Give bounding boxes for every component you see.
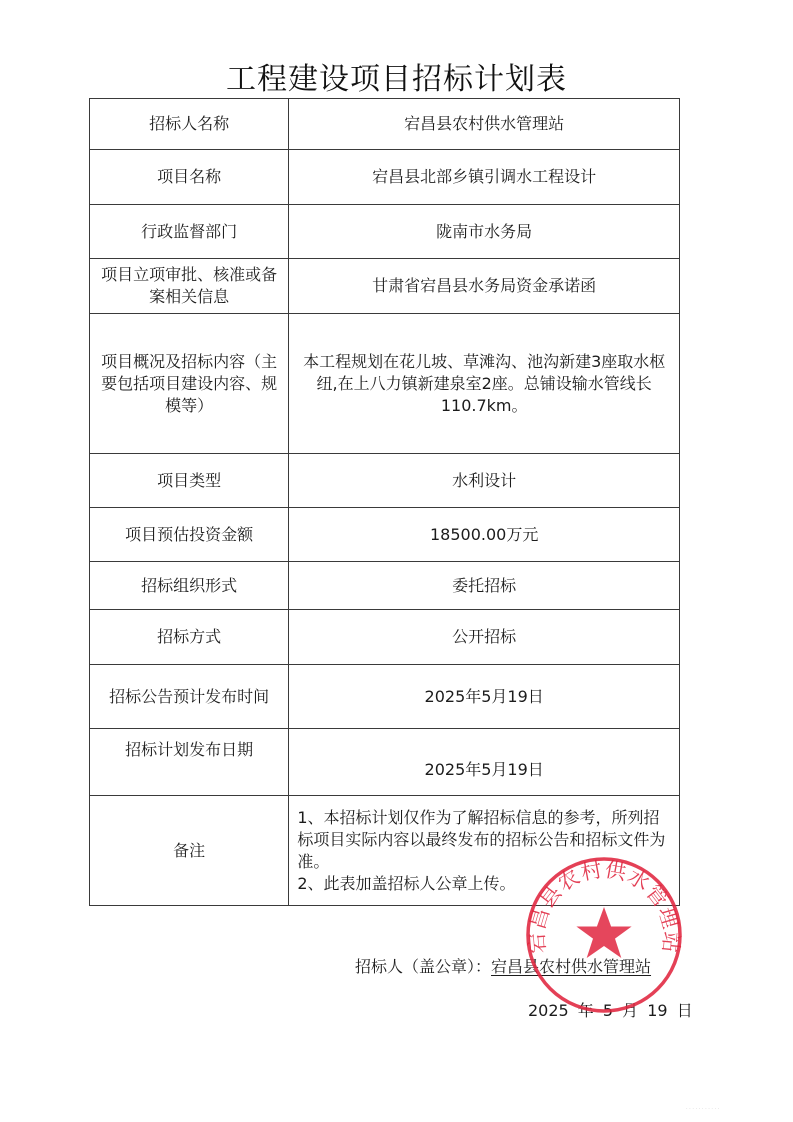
row-label: 项目类型 [90, 454, 289, 508]
table-row: 项目预估投资金额 18500.00万元 [90, 508, 680, 562]
table-row: 招标方式 公开招标 [90, 610, 680, 665]
row-value: 本工程规划在花儿坡、草滩沟、池沟新建3座取水枢纽,在上八力镇新建泉室2座。总铺设… [289, 314, 680, 454]
table-row: 招标计划发布日期 2025年5月19日 [90, 729, 680, 796]
row-value: 2025年5月19日 [289, 729, 680, 796]
row-label: 项目立项审批、核准或备案相关信息 [90, 259, 289, 314]
signature-organization: 宕昌县农村供水管理站 [491, 957, 657, 976]
table-row: 招标组织形式 委托招标 [90, 562, 680, 610]
signature-date: 2025 年 5 月 19 日 [528, 998, 693, 1021]
note-item: 1、本招标计划仅作为了解招标信息的参考，所列招标项目实际内容以最终发布的招标公告… [297, 807, 671, 873]
row-value: 公开招标 [289, 610, 680, 665]
notes-label: 备注 [90, 796, 289, 906]
table-row-notes: 备注 1、本招标计划仅作为了解招标信息的参考，所列招标项目实际内容以最终发布的招… [90, 796, 680, 906]
signature-label: 招标人（盖公章）： [355, 957, 491, 976]
row-value: 宕昌县农村供水管理站 [289, 99, 680, 150]
row-value: 甘肃省宕昌县水务局资金承诺函 [289, 259, 680, 314]
page-title: 工程建设项目招标计划表 [0, 54, 793, 98]
row-value: 2025年5月19日 [289, 665, 680, 729]
signature-line: 招标人（盖公章）：宕昌县农村供水管理站 [355, 954, 657, 977]
row-label: 行政监督部门 [90, 205, 289, 259]
table-row: 项目名称 宕昌县北部乡镇引调水工程设计 [90, 150, 680, 205]
table-row: 项目类型 水利设计 [90, 454, 680, 508]
row-value: 水利设计 [289, 454, 680, 508]
row-label: 招标计划发布日期 [90, 729, 289, 796]
table-row: 招标公告预计发布时间 2025年5月19日 [90, 665, 680, 729]
row-value: 陇南市水务局 [289, 205, 680, 259]
row-label: 招标方式 [90, 610, 289, 665]
row-label: 招标人名称 [90, 99, 289, 150]
row-label: 项目概况及招标内容（主要包括项目建设内容、规模等） [90, 314, 289, 454]
table-row: 项目立项审批、核准或备案相关信息 甘肃省宕昌县水务局资金承诺函 [90, 259, 680, 314]
row-label: 招标公告预计发布时间 [90, 665, 289, 729]
table-row: 行政监督部门 陇南市水务局 [90, 205, 680, 259]
note-item: 2、此表加盖招标人公章上传。 [297, 873, 671, 895]
row-label: 项目名称 [90, 150, 289, 205]
footer-mark: · · · · · · · · · · · [686, 1106, 719, 1112]
row-label: 招标组织形式 [90, 562, 289, 610]
row-value: 18500.00万元 [289, 508, 680, 562]
row-value: 委托招标 [289, 562, 680, 610]
table-row: 项目概况及招标内容（主要包括项目建设内容、规模等） 本工程规划在花儿坡、草滩沟、… [90, 314, 680, 454]
row-value: 宕昌县北部乡镇引调水工程设计 [289, 150, 680, 205]
seal-star-icon [576, 907, 631, 958]
notes-value: 1、本招标计划仅作为了解招标信息的参考，所列招标项目实际内容以最终发布的招标公告… [289, 796, 680, 906]
row-label: 项目预估投资金额 [90, 508, 289, 562]
table-row: 招标人名称 宕昌县农村供水管理站 [90, 99, 680, 150]
bidding-plan-table: 招标人名称 宕昌县农村供水管理站 项目名称 宕昌县北部乡镇引调水工程设计 行政监… [89, 98, 680, 906]
